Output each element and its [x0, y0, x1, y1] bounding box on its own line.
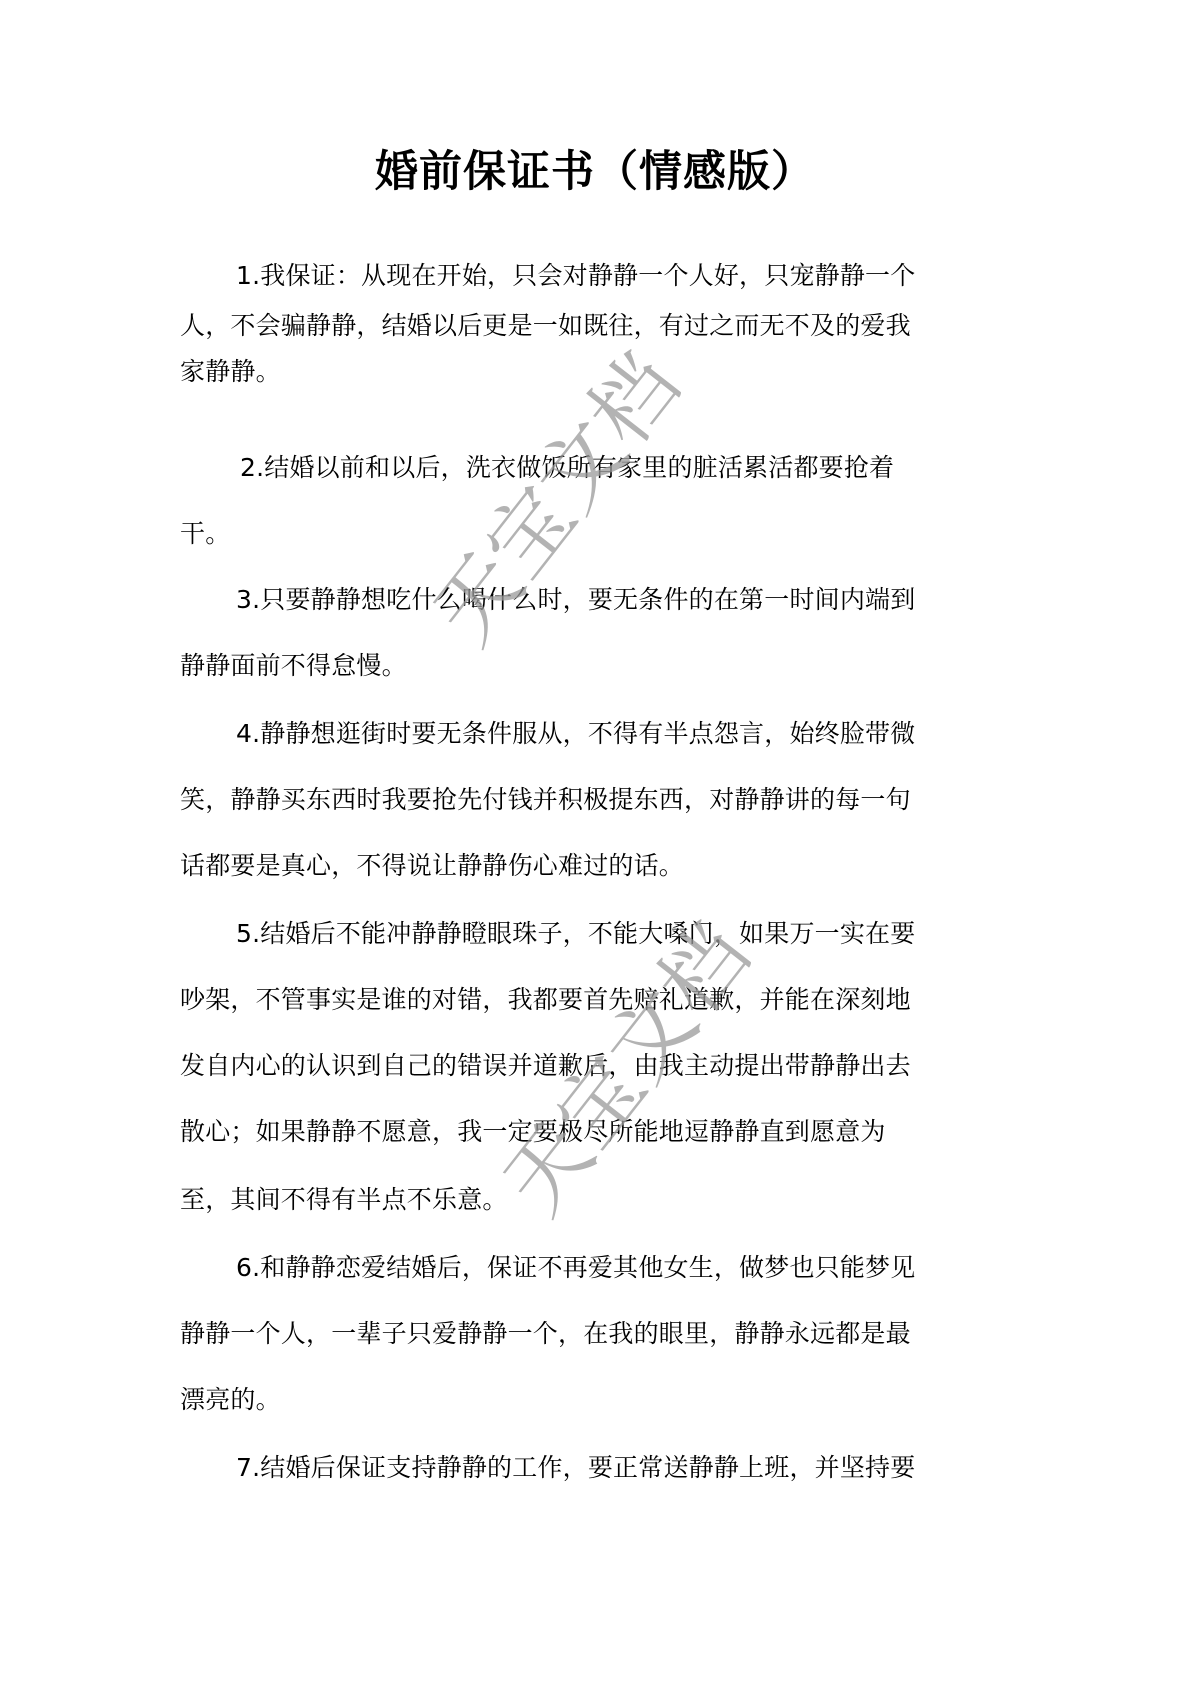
- body-line: 至，其间不得有半点不乐意。: [180, 1180, 508, 1216]
- body-line: 静静面前不得怠慢。: [180, 646, 407, 682]
- body-line: 笑，静静买东西时我要抢先付钱并积极提东西，对静静讲的每一句: [180, 780, 911, 816]
- body-line: 3.只要静静想吃什么喝什么时，要无条件的在第一时间内端到: [236, 580, 915, 616]
- body-line: 家静静。: [180, 352, 281, 388]
- body-line: 静静一个人，一辈子只爱静静一个，在我的眼里，静静永远都是最: [180, 1314, 911, 1350]
- body-line: 吵架，不管事实是谁的对错，我都要首先赔礼道歉，并能在深刻地: [180, 980, 911, 1016]
- body-line: 漂亮的。: [180, 1380, 281, 1416]
- document-title: 婚前保证书（情感版）: [0, 138, 1190, 199]
- body-line: 6.和静静恋爱结婚后，保证不再爱其他女生，做梦也只能梦见: [236, 1248, 915, 1284]
- body-line: 人，不会骗静静，结婚以后更是一如既往，有过之而无不及的爱我: [180, 306, 911, 342]
- body-line: 5.结婚后不能冲静静瞪眼珠子，不能大嗓门，如果万一实在要: [236, 914, 915, 950]
- body-line: 话都要是真心，不得说让静静伤心难过的话。: [180, 846, 684, 882]
- body-line: 干。: [180, 514, 230, 550]
- body-line: 7.结婚后保证支持静静的工作，要正常送静静上班，并坚持要: [236, 1448, 915, 1484]
- body-line: 1.我保证：从现在开始，只会对静静一个人好，只宠静静一个: [236, 256, 915, 292]
- body-line: 4.静静想逛街时要无条件服从，不得有半点怨言，始终脸带微: [236, 714, 915, 750]
